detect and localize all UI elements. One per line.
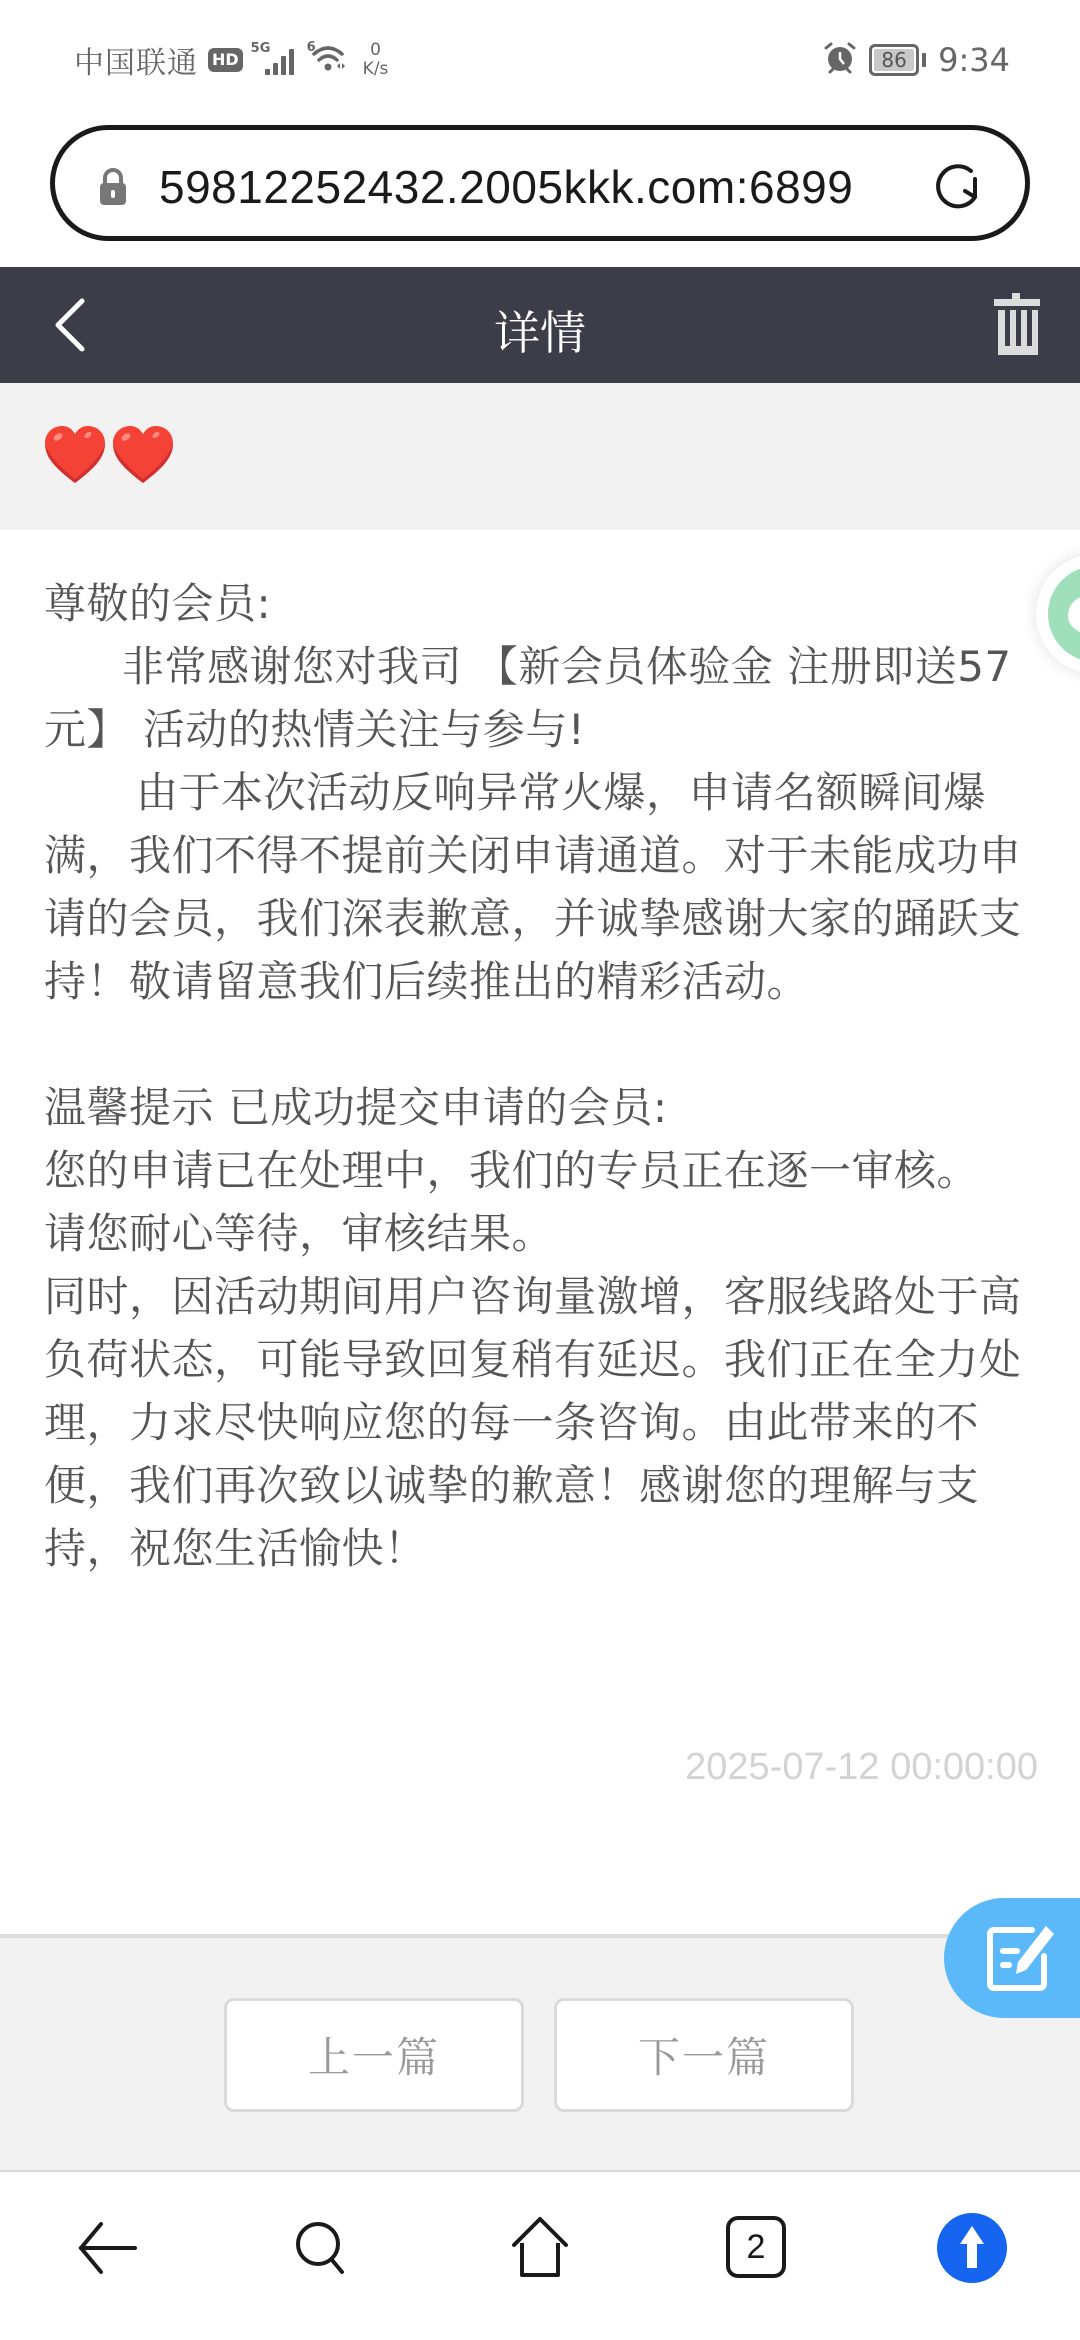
back-arrow-icon[interactable] xyxy=(68,2208,148,2288)
battery-icon: 86 xyxy=(869,44,926,76)
app-header: 详情 xyxy=(0,267,1080,383)
edit-button[interactable] xyxy=(944,1898,1080,2018)
signal-icon: 5G xyxy=(253,45,297,75)
edit-note-icon xyxy=(982,1920,1058,1996)
notice-wait: 请您耐心等待，审核结果。 xyxy=(44,1202,1024,1265)
status-left: 中国联通 HD 5G 6 0 K/s xyxy=(74,40,388,80)
reload-icon[interactable] xyxy=(927,157,987,217)
clock: 9:34 xyxy=(938,41,1010,79)
paragraph-closed: 由于本次活动反响异常火爆，申请名额瞬间爆满，我们不得不提前关闭申请通道。对于未能… xyxy=(44,761,1024,1013)
wifi-icon: 6 xyxy=(307,44,347,76)
notice-title: 温馨提示 已成功提交申请的会员: xyxy=(44,1076,1024,1139)
net-speed: 0 K/s xyxy=(363,41,389,79)
tabs-icon[interactable]: 2 xyxy=(716,2208,796,2288)
notice-support: 同时，因活动期间用户咨询量激增，客服线路处于高负荷状态，可能导致回复稍有延迟。我… xyxy=(44,1265,1024,1580)
hearts xyxy=(44,425,174,485)
lock-icon[interactable] xyxy=(98,168,128,206)
scroll-up-icon[interactable] xyxy=(932,2208,1012,2288)
battery-level: 86 xyxy=(874,49,914,71)
carrier-name: 中国联通 xyxy=(74,38,198,82)
status-right: 86 9:34 xyxy=(823,40,1010,80)
greeting: 尊敬的会员: xyxy=(44,572,1024,635)
net-speed-unit: K/s xyxy=(363,60,389,79)
url-text[interactable]: 59812252432.2005kkk.com:6899 xyxy=(159,160,853,214)
status-bar: 中国联通 HD 5G 6 0 K/s xyxy=(0,0,1080,110)
emoji-banner xyxy=(0,383,1080,530)
signal-tag: 5G xyxy=(251,41,271,56)
paragraph-thanks: 非常感谢您对我司 【新会员体验金 注册即送57元】 活动的热情关注与参与! xyxy=(44,635,1024,761)
home-icon[interactable] xyxy=(500,2208,580,2288)
chat-bubble-icon xyxy=(1048,566,1080,662)
publish-date: 2025-07-12 00:00:00 xyxy=(685,1746,1038,1789)
address-bar[interactable]: 59812252432.2005kkk.com:6899 xyxy=(50,125,1030,241)
page-title: 详情 xyxy=(0,297,1080,363)
trash-icon[interactable] xyxy=(988,293,1048,359)
next-article-button[interactable]: 下一篇 xyxy=(554,1998,854,2112)
heart-icon xyxy=(44,425,106,485)
search-icon[interactable] xyxy=(282,2208,362,2288)
browser-toolbar: 2 xyxy=(0,2172,1080,2340)
tab-count: 2 xyxy=(726,2216,786,2278)
net-speed-value: 0 xyxy=(370,41,381,60)
notice-processing: 您的申请已在处理中，我们的专员正在逐一审核。 xyxy=(44,1139,1024,1202)
chat-button[interactable] xyxy=(1036,554,1080,674)
hd-icon: HD xyxy=(208,48,243,72)
alarm-icon xyxy=(823,41,857,79)
prev-article-button[interactable]: 上一篇 xyxy=(224,1998,524,2112)
heart-icon xyxy=(112,425,174,485)
article-body: 尊敬的会员: 非常感谢您对我司 【新会员体验金 注册即送57元】 活动的热情关注… xyxy=(44,572,1024,1580)
pager-footer: 上一篇 下一篇 xyxy=(0,1938,1080,2172)
